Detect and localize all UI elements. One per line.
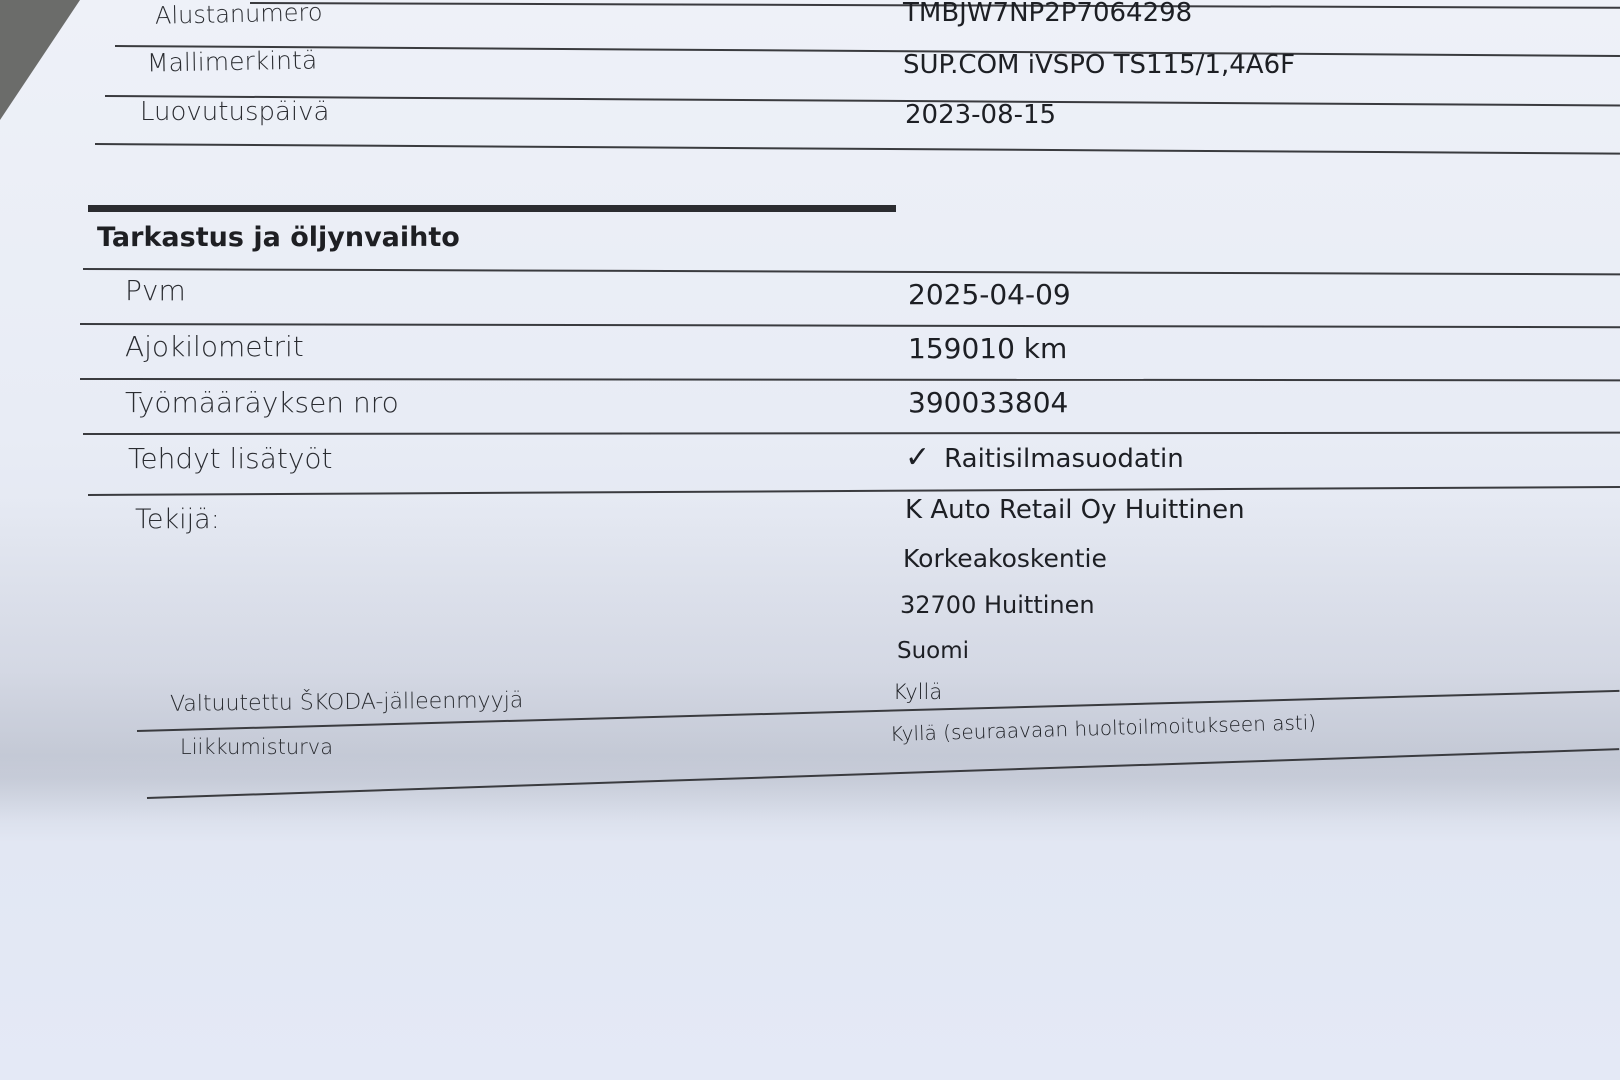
label-work-order: Työmääräyksen nro	[125, 386, 399, 419]
divider	[80, 378, 1620, 381]
page-shadow	[0, 500, 1620, 820]
value-additional-work: ✓Raitisilmasuodatin	[905, 440, 1184, 475]
background-corner	[0, 0, 80, 120]
performer-street: Korkeakoskentie	[903, 544, 1107, 573]
additional-work-text: Raitisilmasuodatin	[944, 444, 1184, 474]
performer-name: K Auto Retail Oy Huittinen	[905, 495, 1245, 525]
performer-postal: 32700 Huittinen	[900, 591, 1095, 619]
divider	[88, 486, 1620, 496]
value-work-order: 390033804	[908, 386, 1068, 419]
label-mileage: Ajokilometrit	[125, 330, 304, 363]
value-date: 2025-04-09	[908, 278, 1071, 311]
section-bar	[88, 205, 896, 212]
value-chassis-number: TMBJW7NP2P7064298	[903, 0, 1192, 28]
label-performer: Tekijä:	[135, 504, 220, 535]
value-model-code: SUP.COM iVSPO TS115/1,4A6F	[903, 50, 1295, 80]
label-authorized-dealer: Valtuutettu ŠKODA-jälleenmyyjä	[170, 688, 524, 717]
performer-country: Suomi	[897, 638, 969, 664]
label-chassis-number: Alustanumero	[155, 0, 323, 30]
document-page: Alustanumero TMBJW7NP2P7064298 Mallimerk…	[0, 0, 1620, 1080]
label-model-code: Mallimerkintä	[147, 46, 318, 78]
divider	[105, 95, 1620, 107]
section-title: Tarkastus ja öljynvaihto	[97, 222, 460, 253]
label-additional-work: Tehdyt lisätyöt	[128, 442, 333, 475]
divider	[83, 268, 1620, 275]
divider	[83, 432, 1620, 435]
divider	[80, 323, 1620, 328]
value-mileage: 159010 km	[908, 332, 1067, 365]
divider	[115, 45, 1620, 57]
label-date: Pvm	[125, 274, 186, 307]
label-delivery-date: Luovutuspäivä	[140, 97, 329, 127]
label-mobility-guarantee: Liikkumisturva	[180, 735, 333, 759]
checkmark-icon: ✓	[905, 440, 930, 475]
value-authorized-dealer: Kyllä	[893, 680, 942, 704]
divider	[95, 143, 1620, 155]
value-delivery-date: 2023-08-15	[905, 100, 1056, 130]
